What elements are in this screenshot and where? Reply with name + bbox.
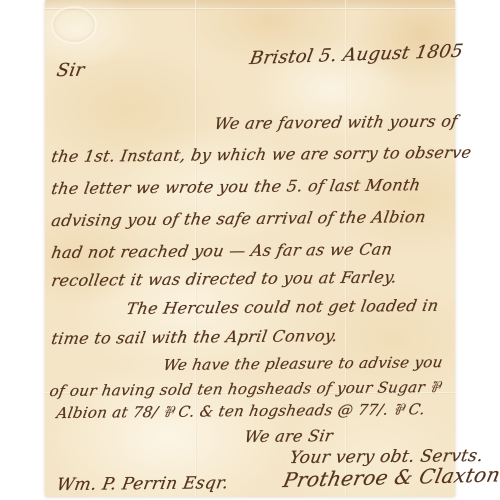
- embossed-stamp-icon: [51, 6, 97, 44]
- letter-salutation: Sir: [55, 60, 86, 81]
- letter-dateline: Bristol 5. August 1805: [248, 41, 465, 69]
- letter-signature: Protheroe & Claxton: [281, 462, 500, 492]
- letter-body-line: the letter we wrote you the 5. of last M…: [50, 175, 422, 198]
- letter-body-line: had not reached you — As far as we Can: [50, 239, 394, 262]
- letter-body-line: the 1st. Instant, by which we are sorry …: [50, 143, 473, 166]
- horizontal-fold-crease-top: [45, 8, 455, 10]
- letter-body-line: The Hercules could not get loaded in: [125, 296, 440, 318]
- scanned-letter-image: Bristol 5. August 1805 Sir We are favore…: [0, 0, 500, 500]
- letter-body-line: recollect it was directed to you at Farl…: [50, 267, 398, 290]
- letter-body-line: of our having sold ten hogsheads of your…: [48, 377, 442, 401]
- letter-closing-line: We are Sir: [243, 426, 334, 446]
- letter-body-line: We are favored with yours of: [213, 111, 459, 133]
- letter-addressee: Wm. P. Perrin Esqr.: [55, 473, 230, 495]
- letter-page: Bristol 5. August 1805 Sir We are favore…: [45, 0, 455, 497]
- letter-body-line: We have the pleasure to advise you: [162, 353, 444, 374]
- letter-body-line: advising you of the safe arrival of the …: [50, 207, 427, 230]
- letter-body-line: time to sail with the April Convoy.: [50, 326, 339, 348]
- letter-body-line: Albion at 78/ ⅌ C. & ten hogsheads @ 77/…: [55, 399, 427, 423]
